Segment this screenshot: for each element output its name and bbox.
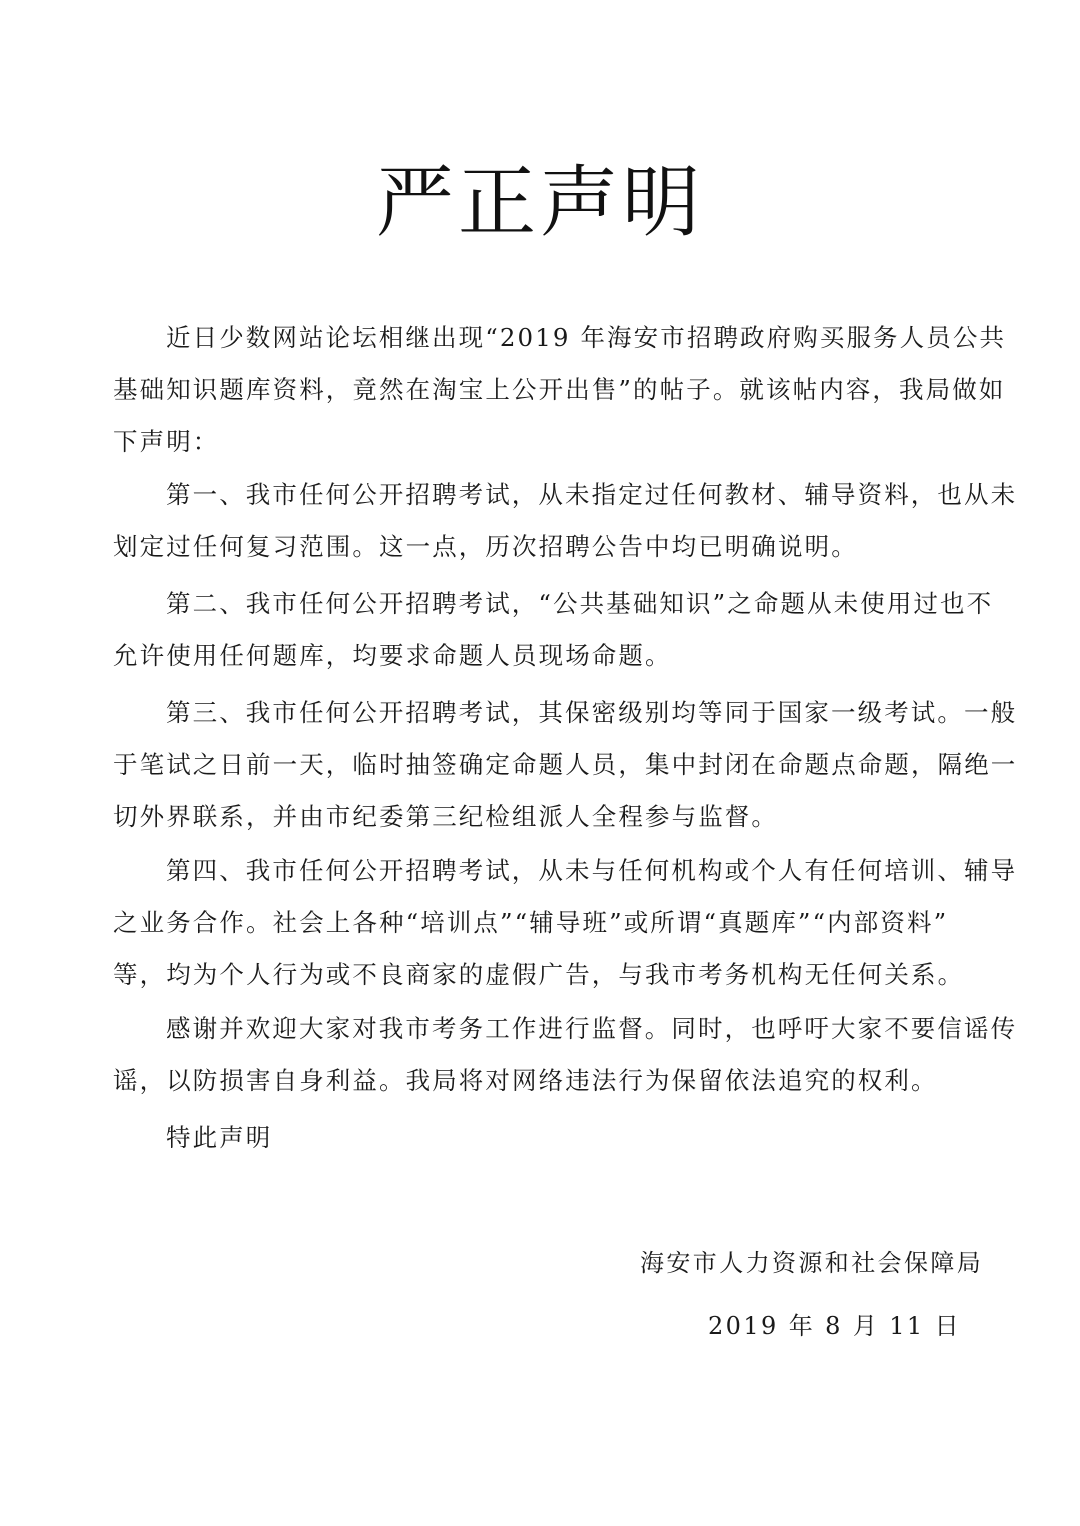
signature-date: 2019 年 8 月 11 日 (708, 1306, 961, 1341)
text-line: 第三、我市任何公开招聘考试，其保密级别均等同于国家一级考试。一般 (166, 701, 1017, 726)
text-line: 等，均为个人行为或不良商家的虚假广告，与我市考务机构无任何关系。 (113, 963, 964, 988)
text-line: 第四、我市任何公开招聘考试，从未与任何机构或个人有任何培训、辅导 (166, 859, 1017, 884)
text-line: 特此声明 (166, 1126, 272, 1151)
signature-organization: 海安市人力资源和社会保障局 (640, 1243, 983, 1278)
text-line: 切外界联系，并由市纪委第三纪检组派人全程参与监督。 (113, 805, 778, 830)
text-line: 基础知识题库资料，竟然在淘宝上公开出售”的帖子。就该帖内容，我局做如 (113, 378, 1005, 403)
text-line: 谣，以防损害自身利益。我局将对网络违法行为保留依法追究的权利。 (113, 1069, 938, 1094)
text-line: 之业务合作。社会上各种“培训点”“辅导班”或所谓“真题库”“内部资料” (113, 911, 948, 936)
text-line: 第一、我市任何公开招聘考试，从未指定过任何教材、辅导资料，也从未 (166, 483, 1017, 508)
text-line: 允许使用任何题库，均要求命题人员现场命题。 (113, 644, 672, 669)
text-line: 于笔试之日前一天，临时抽签确定命题人员，集中封闭在命题点命题，隔绝一 (113, 753, 1017, 778)
text-line: 第二、我市任何公开招聘考试，“公共基础知识”之命题从未使用过也不 (166, 592, 993, 617)
text-line: 下声明： (113, 430, 219, 455)
text-line: 近日少数网站论坛相继出现“2019 年海安市招聘政府购买服务人员公共 (166, 326, 1006, 351)
text-line: 划定过任何复习范围。这一点，历次招聘公告中均已明确说明。 (113, 535, 858, 560)
text-line: 感谢并欢迎大家对我市考务工作进行监督。同时，也呼吁大家不要信谣传 (166, 1017, 1017, 1042)
statement-title: 严正声明 (0, 140, 1080, 252)
